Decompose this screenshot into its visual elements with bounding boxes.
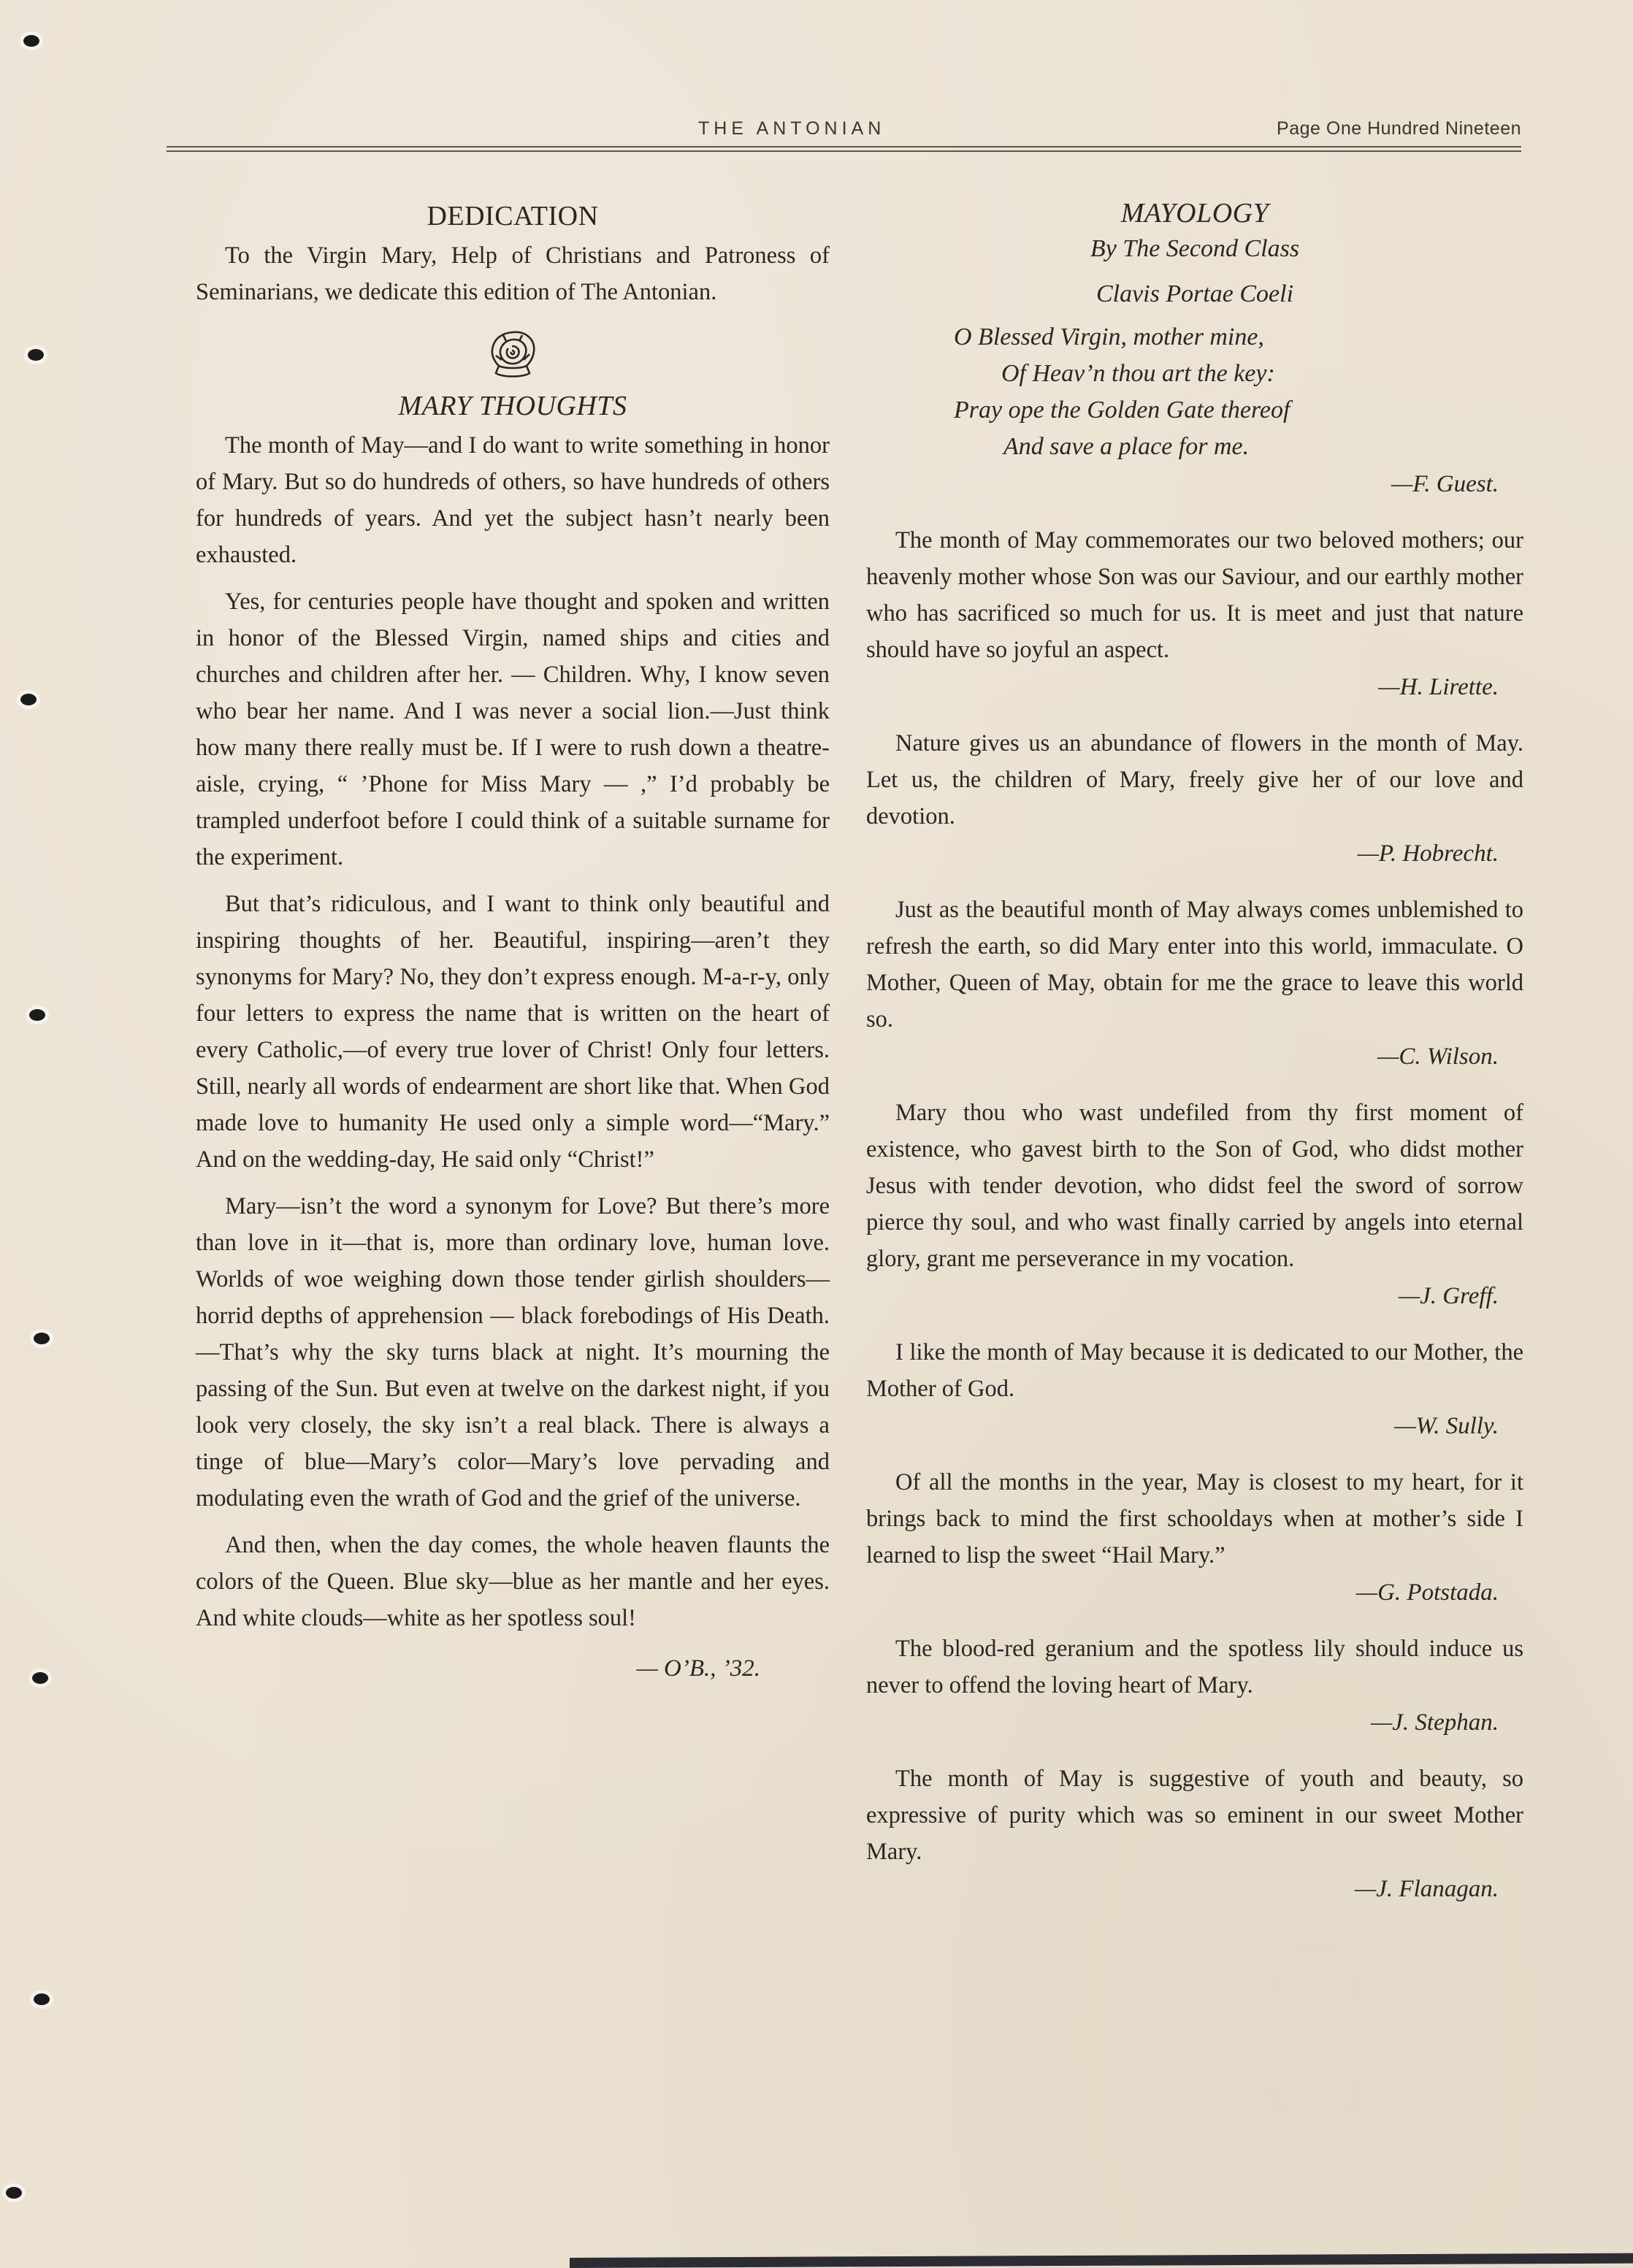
binding-hole (34, 1333, 50, 1344)
entry-text: Just as the beautiful month of May alway… (866, 892, 1523, 1038)
dedication-title: DEDICATION (196, 199, 830, 233)
mayology-entry: The month of May commemorates our two be… (866, 522, 1523, 706)
mayology-entry: Nature gives us an abundance of flowers … (866, 725, 1523, 873)
entry-text: Nature gives us an abundance of flowers … (866, 725, 1523, 835)
entry-signature: —J. Greff. (866, 1277, 1523, 1315)
entry-text: The month of May is suggestive of youth … (866, 1761, 1523, 1870)
poem-title: Clavis Portae Coeli (866, 275, 1523, 313)
rose-ornament-icon (486, 328, 540, 382)
binding-hole (34, 1993, 50, 2005)
mayology-entry: Mary thou who wast undefiled from thy fi… (866, 1095, 1523, 1315)
poem: O Blessed Virgin, mother mine, Of Heav’n… (866, 319, 1523, 465)
mayology-entry: The month of May is suggestive of youth … (866, 1761, 1523, 1908)
entry-signature: —H. Lirette. (866, 668, 1523, 706)
poem-line: Pray ope the Golden Gate thereof (866, 392, 1523, 429)
entry-text: Of all the months in the year, May is cl… (866, 1464, 1523, 1574)
binding-hole (20, 694, 37, 705)
poem-signature: —F. Guest. (866, 465, 1523, 503)
entry-text: The blood-red geranium and the spotless … (866, 1631, 1523, 1704)
mary-thoughts-paragraph: Mary—isn’t the word a synonym for Love? … (196, 1188, 830, 1517)
mayology-entry: The blood-red geranium and the spotless … (866, 1631, 1523, 1742)
poem-line: And save a place for me. (866, 429, 1523, 465)
running-head: THE ANTONIAN Page One Hundred Nineteen (167, 118, 1521, 140)
poem-line: O Blessed Virgin, mother mine, (866, 319, 1523, 356)
binding-hole (29, 1009, 45, 1021)
left-column: DEDICATION To the Virgin Mary, Help of C… (196, 194, 830, 1687)
entry-signature: —J. Flanagan. (866, 1870, 1523, 1908)
mayology-title: MAYOLOGY (866, 196, 1523, 230)
dedication-text: To the Virgin Mary, Help of Christians a… (196, 237, 830, 310)
right-column: MAYOLOGY By The Second Class Clavis Port… (866, 194, 1523, 1908)
entry-signature: —W. Sully. (866, 1407, 1523, 1445)
entry-signature: —C. Wilson. (866, 1038, 1523, 1076)
mary-thoughts-paragraph: But that’s ridiculous, and I want to thi… (196, 886, 830, 1178)
mayology-entry: I like the month of May because it is de… (866, 1334, 1523, 1445)
binding-hole (32, 1672, 48, 1684)
entry-text: Mary thou who wast undefiled from thy fi… (866, 1095, 1523, 1277)
page-number: Page One Hundred Nineteen (1277, 118, 1521, 139)
entry-text: I like the month of May because it is de… (866, 1334, 1523, 1407)
binding-hole (28, 349, 44, 361)
binding-hole (6, 2187, 22, 2199)
entry-text: The month of May commemorates our two be… (866, 522, 1523, 668)
publication-title: THE ANTONIAN (698, 118, 885, 139)
mayology-entry: Just as the beautiful month of May alway… (866, 892, 1523, 1076)
mary-thoughts-signature: — O’B., ’32. (196, 1650, 830, 1687)
mayology-byline: By The Second Class (866, 230, 1523, 268)
mary-thoughts-title: MARY THOUGHTS (196, 389, 830, 423)
binding-hole (23, 35, 39, 47)
mary-thoughts-paragraph: And then, when the day comes, the whole … (196, 1527, 830, 1636)
poem-line: Of Heav’n thou art the key: (866, 356, 1523, 392)
entry-signature: —G. Potstada. (866, 1574, 1523, 1612)
mayology-entry: Of all the months in the year, May is cl… (866, 1464, 1523, 1612)
entry-signature: —J. Stephan. (866, 1704, 1523, 1742)
header-rule (167, 146, 1521, 152)
entry-signature: —P. Hobrecht. (866, 835, 1523, 873)
mary-thoughts-paragraph: The month of May—and I do want to write … (196, 427, 830, 573)
mary-thoughts-paragraph: Yes, for centuries people have thought a… (196, 583, 830, 876)
